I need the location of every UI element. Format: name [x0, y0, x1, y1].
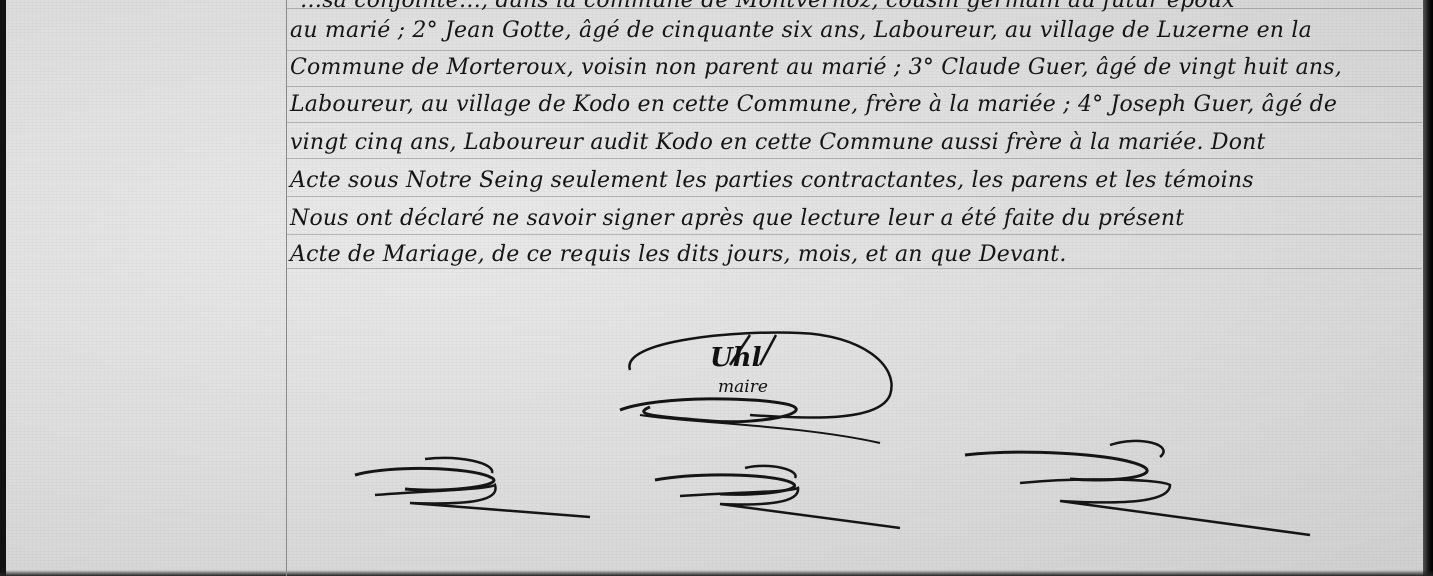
page-right-edge [1423, 0, 1433, 576]
ruled-line [287, 196, 1422, 197]
ruled-line [287, 234, 1422, 235]
scanned-register-page: …sa conjointe…, dans la commune de Montv… [0, 0, 1433, 576]
mayor-signature: Uhl maire [600, 325, 900, 445]
page-bottom-edge [0, 570, 1433, 576]
text-line-0: …sa conjointe…, dans la commune de Montv… [300, 0, 1235, 13]
mayor-title: maire [718, 377, 768, 397]
signature-mark-2 [650, 462, 910, 532]
ruled-line [287, 268, 1422, 269]
ruled-line [287, 50, 1422, 51]
text-line-3: Laboureur, au village de Kodo en cette C… [290, 92, 1337, 117]
text-line-1: au marié ; 2° Jean Gotte, âgé de cinquan… [290, 18, 1312, 43]
mayor-name: Uhl [710, 343, 761, 373]
text-line-4: vingt cinq ans, Laboureur audit Kodo en … [290, 130, 1266, 155]
signature-mark-1 [350, 455, 610, 525]
text-line-2: Commune de Morteroux, voisin non parent … [290, 55, 1342, 80]
ruled-line [287, 86, 1422, 87]
signature-mark-3 [960, 435, 1320, 545]
ruled-line [287, 158, 1422, 159]
text-line-5: Acte sous Notre Seing seulement les part… [290, 168, 1254, 193]
page-left-edge [0, 0, 6, 576]
text-line-6: Nous ont déclaré ne savoir signer après … [290, 206, 1184, 231]
text-line-7: Acte de Mariage, de ce requis les dits j… [290, 242, 1067, 267]
ruled-line [287, 122, 1422, 123]
